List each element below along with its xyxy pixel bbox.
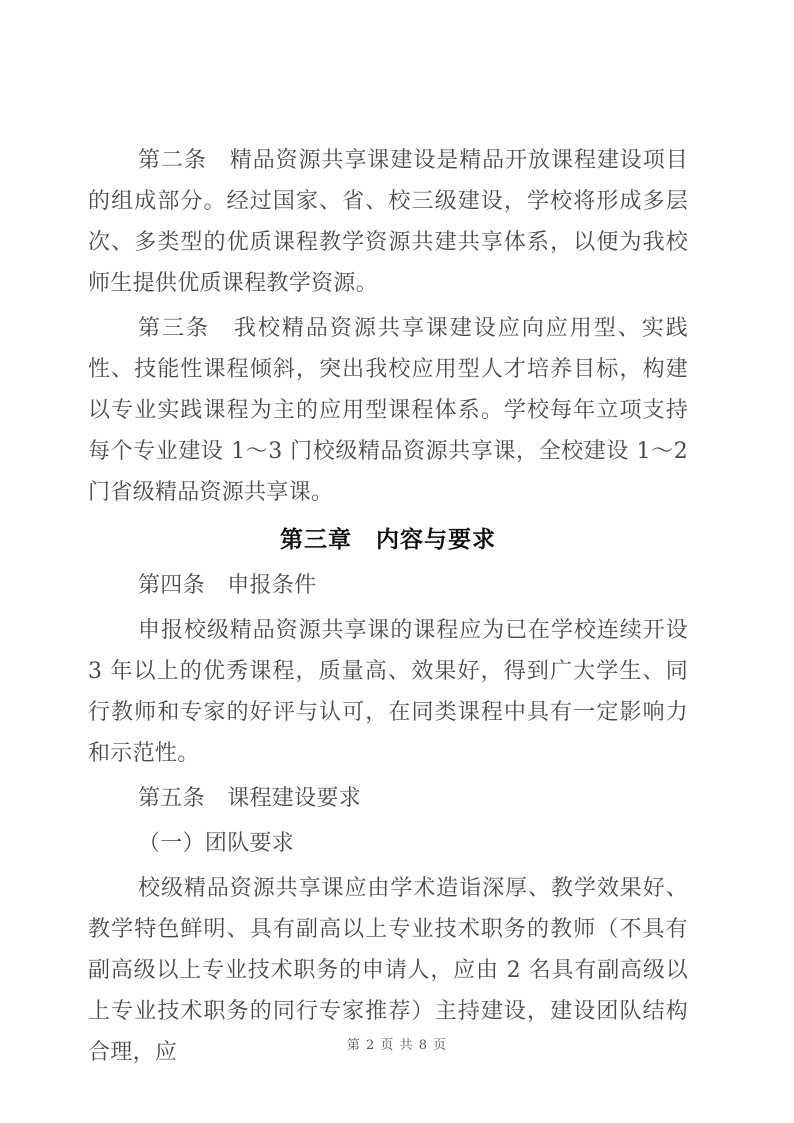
document-page: 第二条 精品资源共享课建设是精品开放课程建设项目的组成部分。经过国家、省、校三级…: [0, 0, 794, 1123]
document-body: 第二条 精品资源共享课建设是精品开放课程建设项目的组成部分。经过国家、省、校三级…: [88, 140, 688, 1073]
chapter-3-heading: 第三章 内容与要求: [88, 519, 688, 561]
paragraph-article-2: 第二条 精品资源共享课建设是精品开放课程建设项目的组成部分。经过国家、省、校三级…: [88, 140, 688, 304]
paragraph-article-4-body: 申报校级精品资源共享课的课程应为已在学校连续开设 3 年以上的优秀课程，质量高、…: [88, 610, 688, 774]
paragraph-article-3: 第三条 我校精品资源共享课建设应向应用型、实践性、技能性课程倾斜，突出我校应用型…: [88, 308, 688, 513]
page-number-footer: 第 2 页 共 8 页: [0, 1037, 794, 1055]
paragraph-article-5-title: 第五条 课程建设要求: [88, 778, 688, 819]
paragraph-article-4-title: 第四条 申报条件: [88, 565, 688, 606]
paragraph-section-1-title: （一）团队要求: [88, 823, 688, 864]
